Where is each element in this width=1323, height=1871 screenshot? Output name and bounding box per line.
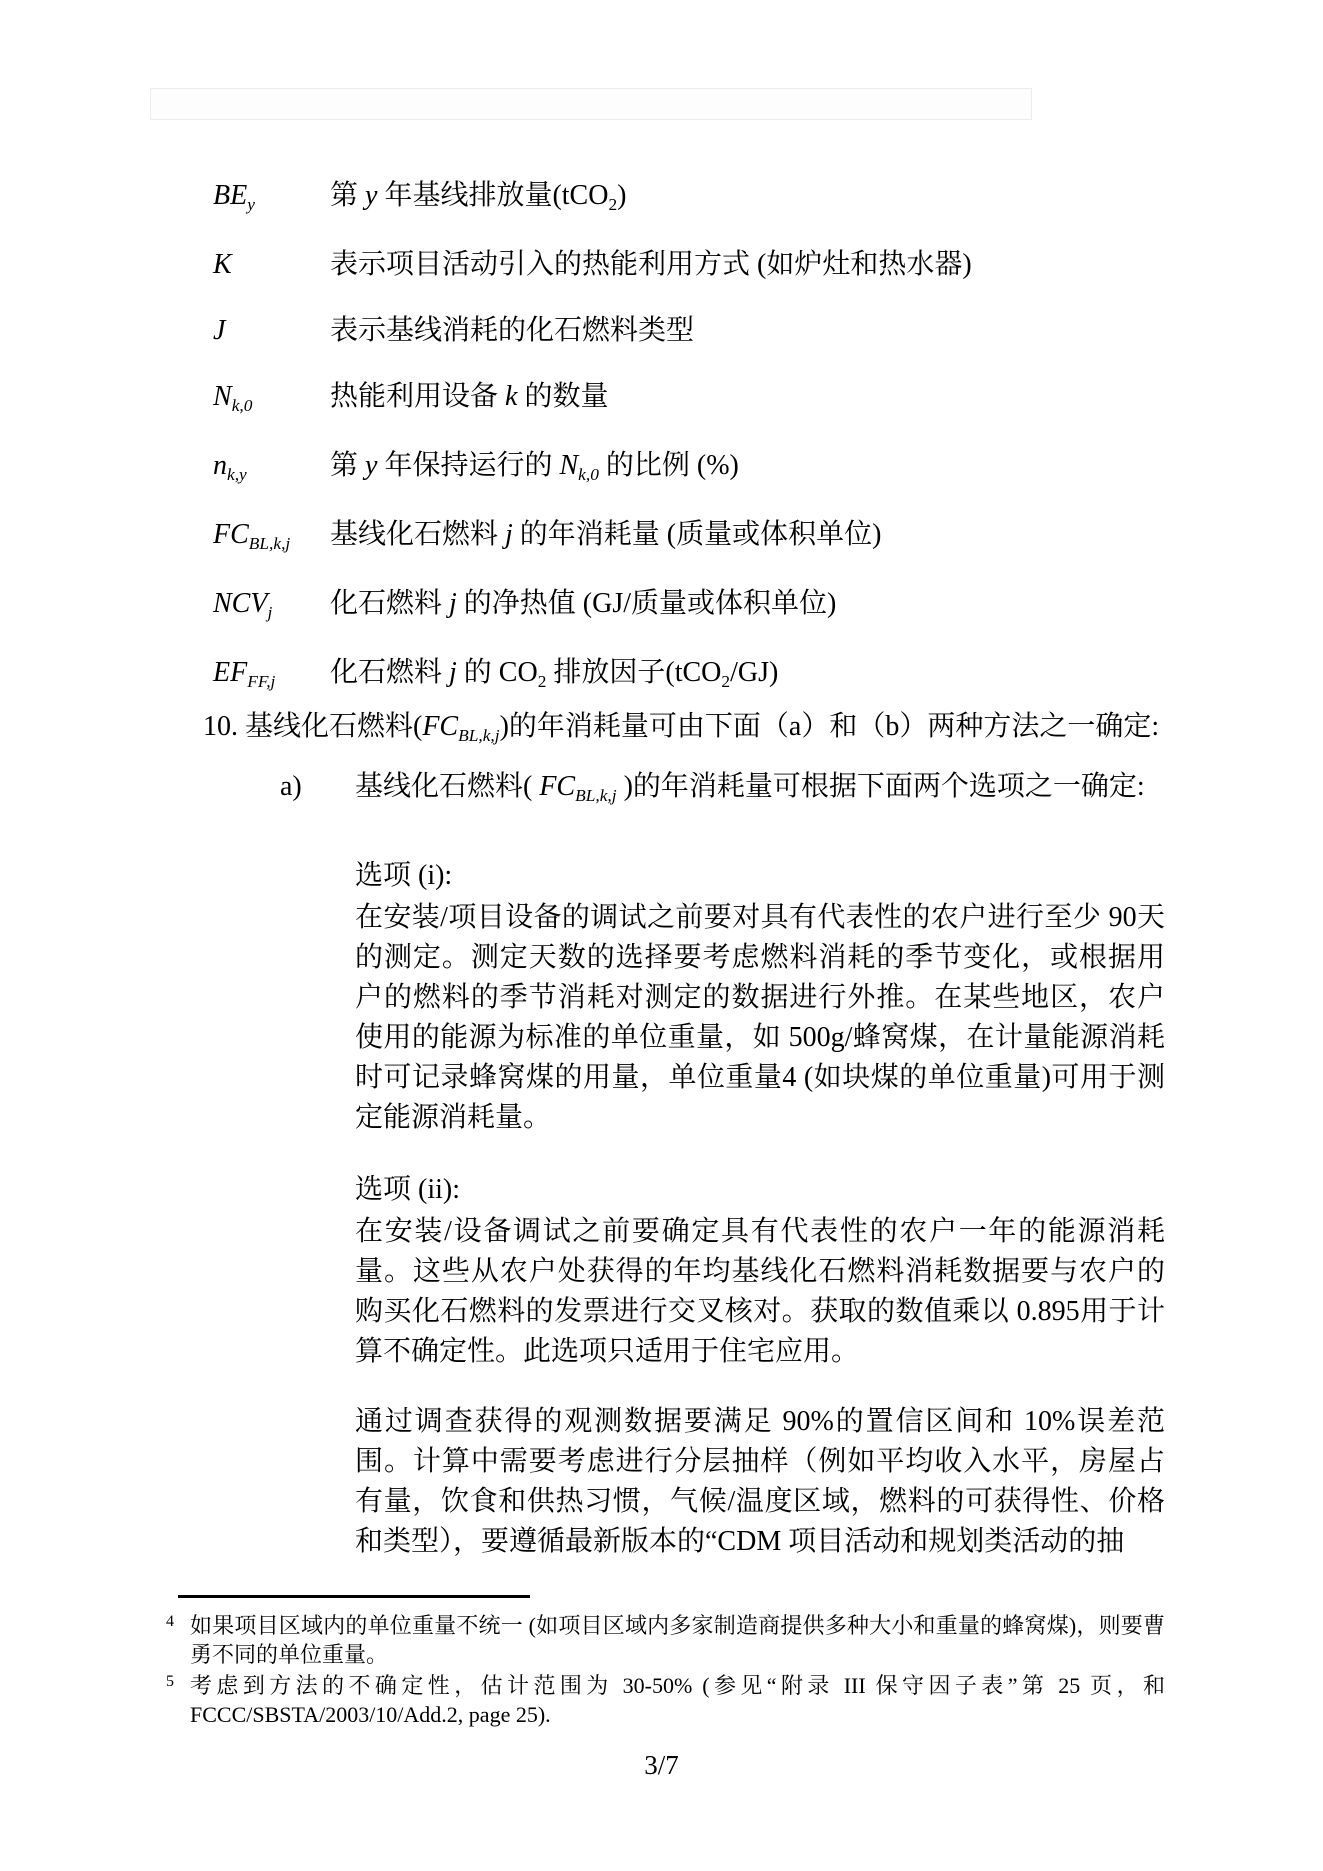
text-segment: 的净热值 (GJ/质量或体积单位) (457, 588, 837, 619)
text-segment: k (505, 381, 517, 412)
list-item-a-text: 基线化石燃料( FCBL,k,j )的年消耗量可根据下面两个选项之一确定: (355, 766, 1165, 811)
term-definition: 表示基线消耗的化石燃料类型 (330, 311, 1165, 351)
text-segment: EF (213, 657, 247, 688)
term-row: NCVj 化石燃料 j 的净热值 (GJ/质量或体积单位) (213, 584, 1165, 627)
term-symbol: BEy (213, 176, 330, 219)
option-ii-label: 选项 (ii): (355, 1170, 460, 1210)
term-symbol: Nk,0 (213, 377, 330, 420)
text-segment: 的年消耗量 (质量或体积单位) (513, 519, 882, 550)
text-segment: 2 (721, 672, 730, 691)
footnote-5-marker: 5 (166, 1667, 174, 1696)
text-segment: 热能利用设备 (330, 381, 505, 412)
text-segment: y (365, 180, 377, 211)
term-definition: 第 y 年保持运行的 Nk,0 的比例 (%) (330, 446, 1165, 489)
text-segment: ) (617, 180, 626, 211)
text-segment: 化石燃料 (330, 588, 449, 619)
text-segment: 的 CO (457, 657, 538, 688)
text-segment: 的比例 (%) (599, 450, 739, 481)
term-definition: 化石燃料 j 的净热值 (GJ/质量或体积单位) (330, 584, 1165, 627)
term-symbol: J (213, 311, 330, 351)
text-segment: J (213, 315, 225, 346)
text-segment: BL,k,j (249, 534, 290, 553)
text-segment: k,0 (578, 465, 599, 484)
footnote-separator (178, 1595, 530, 1598)
text-segment: FC (213, 519, 249, 550)
text-segment: 第 (330, 180, 365, 211)
term-symbol: nk,y (213, 446, 330, 489)
text-segment: k,0 (232, 396, 253, 415)
text-segment: 表示项目活动引入的热能利用方式 (如炉灶和热水器) (330, 249, 972, 280)
list-item-a-marker: a) (280, 766, 355, 811)
term-symbol: EFFF,j (213, 653, 330, 696)
footnote-5-text: 考虑到方法的不确定性，估计范围为 30-50% (参见“附录 III 保守因子表… (190, 1673, 1165, 1727)
text-segment: BL,k,j (458, 726, 499, 745)
term-symbol: NCVj (213, 584, 330, 627)
text-segment: 的数量 (517, 381, 608, 412)
term-row: EFFF,j 化石燃料 j 的 CO2 排放因子(tCO2/GJ) (213, 653, 1165, 696)
option-i-label: 选项 (i): (355, 856, 452, 896)
term-row: Nk,0 热能利用设备 k 的数量 (213, 377, 1165, 420)
option-i-paragraph: 在安装/项目设备的调试之前要对具有代表性的农户进行至少 90天的测定。测定天数的… (355, 898, 1165, 1138)
term-row: FCBL,k,j 基线化石燃料 j 的年消耗量 (质量或体积单位) (213, 515, 1165, 558)
text-segment: 10. 基线化石燃料( (203, 711, 422, 742)
term-row: K 表示项目活动引入的热能利用方式 (如炉灶和热水器) (213, 245, 1165, 285)
text-segment: 2 (608, 195, 617, 214)
term-symbol: FCBL,k,j (213, 515, 330, 558)
text-segment: N (213, 381, 232, 412)
term-definition: 热能利用设备 k 的数量 (330, 377, 1165, 420)
option-ii-paragraph: 在安装/设备调试之前要确定具有代表性的农户一年的能源消耗量。这些从农户处获得的年… (355, 1212, 1165, 1372)
text-segment: 排放因子(tCO (546, 657, 721, 688)
term-symbol: K (213, 245, 330, 285)
term-row: J 表示基线消耗的化石燃料类型 (213, 311, 1165, 351)
text-segment: )的年消耗量可根据下面两个选项之一确定: (617, 771, 1145, 802)
text-segment: y (247, 195, 255, 214)
text-segment: 2 (538, 672, 547, 691)
text-segment: j (449, 657, 457, 688)
term-definition: 第 y 年基线排放量(tCO2) (330, 176, 1165, 219)
page-number: 3/7 (0, 1750, 1323, 1781)
term-row: nk,y 第 y 年保持运行的 Nk,0 的比例 (%) (213, 446, 1165, 489)
term-definition: 化石燃料 j 的 CO2 排放因子(tCO2/GJ) (330, 653, 1165, 696)
text-segment: FC (422, 711, 458, 742)
text-segment: /GJ) (730, 657, 778, 688)
footnote-4-text: 如果项目区域内的单位重量不统一 (如项目区域内多家制造商提供多种大小和重量的蜂窝… (190, 1613, 1165, 1667)
text-segment: BL,k,j (575, 786, 616, 805)
text-segment: 表示基线消耗的化石燃料类型 (330, 315, 694, 346)
text-segment: 基线化石燃料 (330, 519, 505, 550)
document-page: BEy 第 y 年基线排放量(tCO2) K 表示项目活动引入的热能利用方式 (… (0, 0, 1323, 1871)
text-segment: 基线化石燃料( (355, 771, 539, 802)
footnote-5: 5 考虑到方法的不确定性，估计范围为 30-50% (参见“附录 III 保守因… (190, 1671, 1165, 1729)
header-placeholder-box (150, 88, 1032, 120)
text-segment: k,y (227, 465, 247, 484)
survey-requirements-paragraph: 通过调查获得的观测数据要满足 90%的置信区间和 10%误差范围。计算中需要考虑… (355, 1402, 1165, 1562)
text-segment: y (365, 450, 377, 481)
text-segment: K (213, 249, 232, 280)
text-segment: 第 (330, 450, 365, 481)
footnote-4: 4 如果项目区域内的单位重量不统一 (如项目区域内多家制造商提供多种大小和重量的… (190, 1611, 1165, 1669)
text-segment: n (213, 450, 227, 481)
term-row: BEy 第 y 年基线排放量(tCO2) (213, 176, 1165, 219)
text-segment: j (267, 603, 272, 622)
paragraph-10: 10. 基线化石燃料(FCBL,k,j)的年消耗量可由下面（a）和（b）两种方法… (203, 706, 1213, 751)
text-segment: FC (539, 771, 575, 802)
text-segment: j (505, 519, 513, 550)
terms-list: BEy 第 y 年基线排放量(tCO2) K 表示项目活动引入的热能利用方式 (… (213, 176, 1165, 722)
list-item-a: a) 基线化石燃料( FCBL,k,j )的年消耗量可根据下面两个选项之一确定: (280, 766, 1165, 811)
text-segment: )的年消耗量可由下面（a）和（b）两种方法之一确定: (500, 711, 1160, 742)
term-definition: 表示项目活动引入的热能利用方式 (如炉灶和热水器) (330, 245, 1165, 285)
text-segment: 年基线排放量(tCO (377, 180, 608, 211)
text-segment: FF,j (247, 672, 275, 691)
text-segment: BE (213, 180, 247, 211)
text-segment: NCV (213, 588, 267, 619)
term-definition: 基线化石燃料 j 的年消耗量 (质量或体积单位) (330, 515, 1165, 558)
text-segment: j (449, 588, 457, 619)
footnote-4-marker: 4 (166, 1607, 174, 1636)
text-segment: N (559, 450, 578, 481)
text-segment: 年保持运行的 (377, 450, 559, 481)
text-segment: 化石燃料 (330, 657, 449, 688)
